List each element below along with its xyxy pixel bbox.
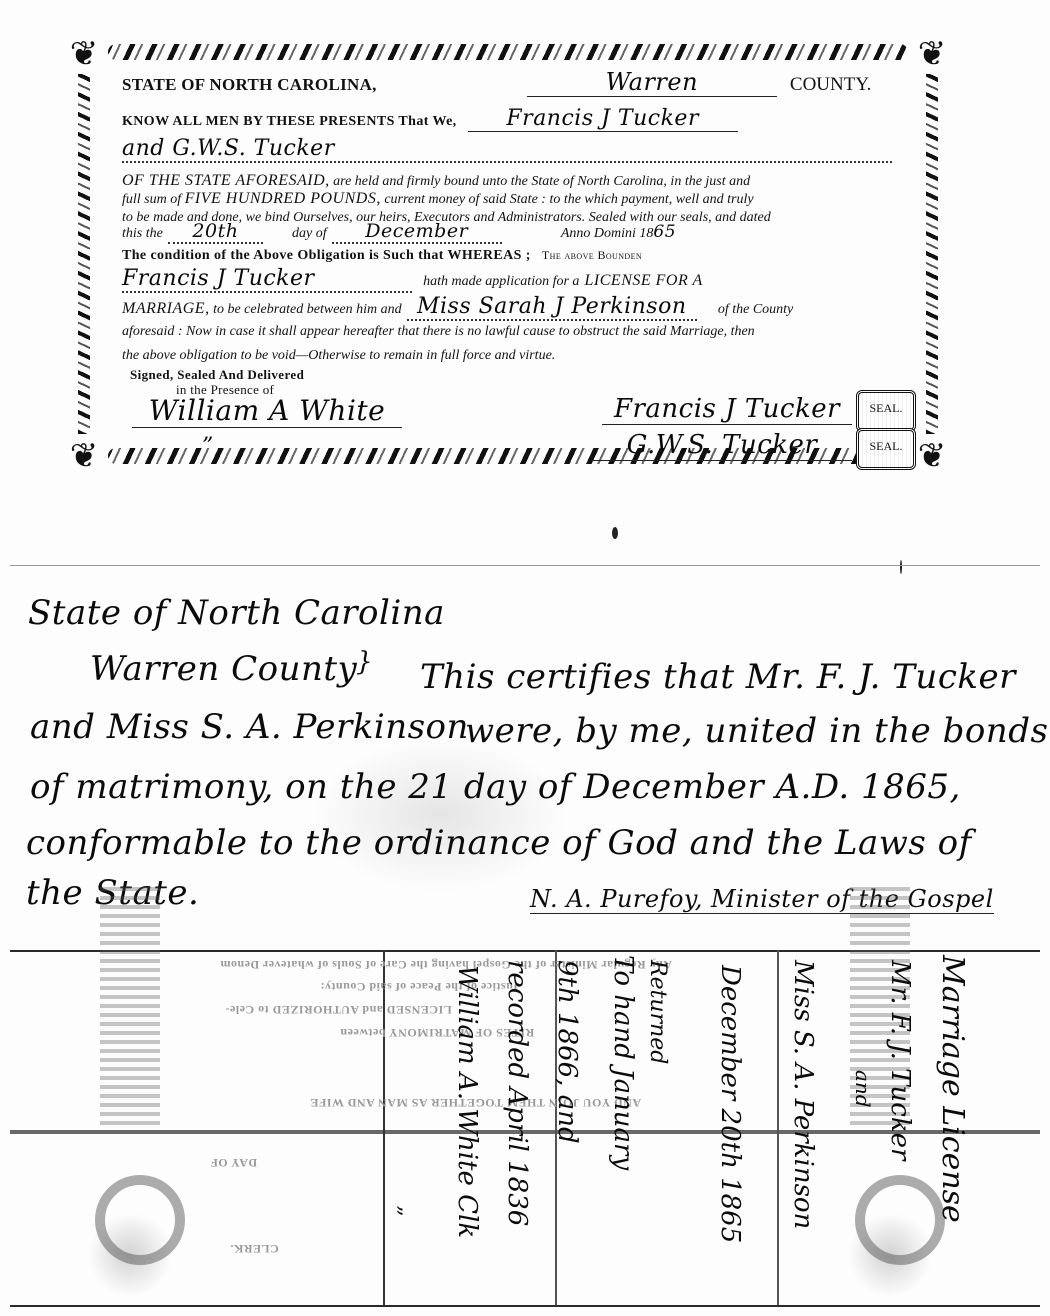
ribbon-border-left bbox=[78, 74, 90, 434]
body-text: are held and firmly bound unto the State… bbox=[330, 174, 751, 189]
faded-form-text: DAY OF bbox=[210, 1155, 257, 1170]
ribbon-border-right bbox=[926, 74, 938, 434]
state-heading: STATE OF NORTH CAROLINA, bbox=[122, 75, 377, 94]
cert-certifies-line: This certifies that Mr. F. J. Tucker bbox=[420, 657, 1016, 697]
know-all-men-text: KNOW ALL MEN BY THESE PRESENTS That We, bbox=[122, 114, 457, 129]
seal-2: SEAL. bbox=[856, 428, 916, 470]
body-text: to be celebrated between him and bbox=[210, 302, 402, 317]
engraved-seal-icon bbox=[855, 1175, 945, 1265]
endorsement-clerk-signature: William A. White Clk bbox=[452, 965, 482, 1238]
endorsement-and: and bbox=[851, 1070, 875, 1108]
fleur-corner-icon: ❦ bbox=[912, 436, 952, 476]
ink-speck bbox=[612, 527, 618, 539]
endorsement-returned: Returned bbox=[645, 960, 670, 1064]
endorsement-license-date: December 20th 1865 bbox=[715, 965, 745, 1243]
body-text: hath made application for a bbox=[423, 274, 579, 289]
fleur-corner-icon: ❦ bbox=[64, 436, 104, 476]
form-divider bbox=[777, 950, 779, 1305]
this-the-label: this the bbox=[122, 226, 163, 241]
anno-domini-label: Anno Domini 18 bbox=[561, 226, 654, 241]
faded-form-text: CLERK. bbox=[230, 1241, 279, 1256]
body-text: the above obligation to be void—Otherwis… bbox=[122, 348, 555, 363]
body-text: full sum of bbox=[122, 192, 185, 207]
body-text: OF THE STATE AFORESAID, bbox=[122, 172, 330, 189]
witness-ditto: ” bbox=[202, 434, 214, 459]
engraved-seal-icon bbox=[95, 1175, 185, 1265]
body-text: current money of said State : to the whi… bbox=[381, 192, 754, 207]
license-caps: LICENSE FOR A bbox=[585, 272, 703, 289]
officiant-signature: N. A. Purefoy, Minister of the Gospel bbox=[530, 885, 994, 914]
applicant-field: Francis J Tucker bbox=[122, 266, 412, 293]
marriage-caps: MARRIAGE, bbox=[122, 300, 210, 317]
cert-state-line: State of North Carolina bbox=[28, 593, 445, 633]
body-text: aforesaid : Now in case it shall appear … bbox=[122, 324, 755, 339]
cert-couple-line: and Miss S. A. Perkinson bbox=[30, 707, 469, 747]
obligor-1-field: Francis J Tucker bbox=[468, 106, 738, 132]
day-of-label: day of bbox=[292, 226, 327, 241]
endorsement-bride: Miss S. A. Perkinson bbox=[788, 960, 818, 1229]
endorsement-recorded: recorded April 1836 bbox=[502, 960, 532, 1226]
cert-county: Warren County bbox=[90, 649, 357, 689]
cert-united-line: were, by me, united in the bonds bbox=[465, 711, 1048, 751]
obligor-2-field: and G.W.S. Tucker bbox=[122, 136, 892, 163]
paper-edge bbox=[10, 565, 1040, 566]
marriage-certificate: State of North Carolina Warren County } … bbox=[10, 565, 1040, 1310]
condition-heading: The condition of the Above Obligation is… bbox=[122, 248, 531, 263]
county-label: COUNTY. bbox=[790, 74, 871, 95]
endorsement-ditto: ” bbox=[380, 1205, 405, 1216]
fleur-corner-icon: ❦ bbox=[912, 34, 952, 74]
form-rule bbox=[10, 1305, 1040, 1307]
faded-form-text: Justice of the Peace of said County: bbox=[320, 979, 519, 994]
ornament-column bbox=[100, 885, 160, 1125]
ribbon-border-top bbox=[108, 44, 908, 60]
marriage-bond: ❦ ❦ ❦ ❦ STATE OF NORTH CAROLINA, Warren … bbox=[78, 44, 938, 464]
endorsement-return-date: 9th 1866, and bbox=[552, 960, 582, 1144]
sum-text: FIVE HUNDRED POUNDS, bbox=[185, 190, 381, 207]
signature-1: Francis J Tucker bbox=[602, 394, 852, 425]
bride-field: Miss Sarah J Perkinson bbox=[407, 294, 697, 321]
cert-conformable-line: conformable to the ordinance of God and … bbox=[26, 823, 972, 863]
body-text: of the County bbox=[718, 302, 793, 317]
endorsement-to-hand: To hand January bbox=[608, 955, 638, 1170]
endorsement-title: Marriage License bbox=[935, 955, 970, 1223]
year-field: 65 bbox=[653, 222, 676, 242]
brace-icon: } bbox=[356, 647, 373, 677]
seal-1: SEAL. bbox=[856, 390, 916, 432]
witness-signature: William A White bbox=[132, 394, 402, 428]
month-field: December bbox=[332, 220, 502, 244]
fleur-corner-icon: ❦ bbox=[64, 34, 104, 74]
endorsement-groom: Mr. F. J. Tucker bbox=[885, 960, 915, 1160]
above-bounden-label: The above Bounden bbox=[542, 248, 642, 262]
signature-2: G.W.S. Tucker bbox=[592, 430, 852, 461]
cert-date-line: of matrimony, on the 21 day of December … bbox=[30, 767, 961, 807]
faded-form-text: Any Regular Minister of the Gospel havin… bbox=[220, 957, 672, 972]
day-field: 20th bbox=[168, 220, 263, 244]
county-field: Warren bbox=[527, 68, 777, 97]
faded-form-text: LICENSED and AUTHORIZED to Cele- bbox=[225, 1002, 452, 1017]
